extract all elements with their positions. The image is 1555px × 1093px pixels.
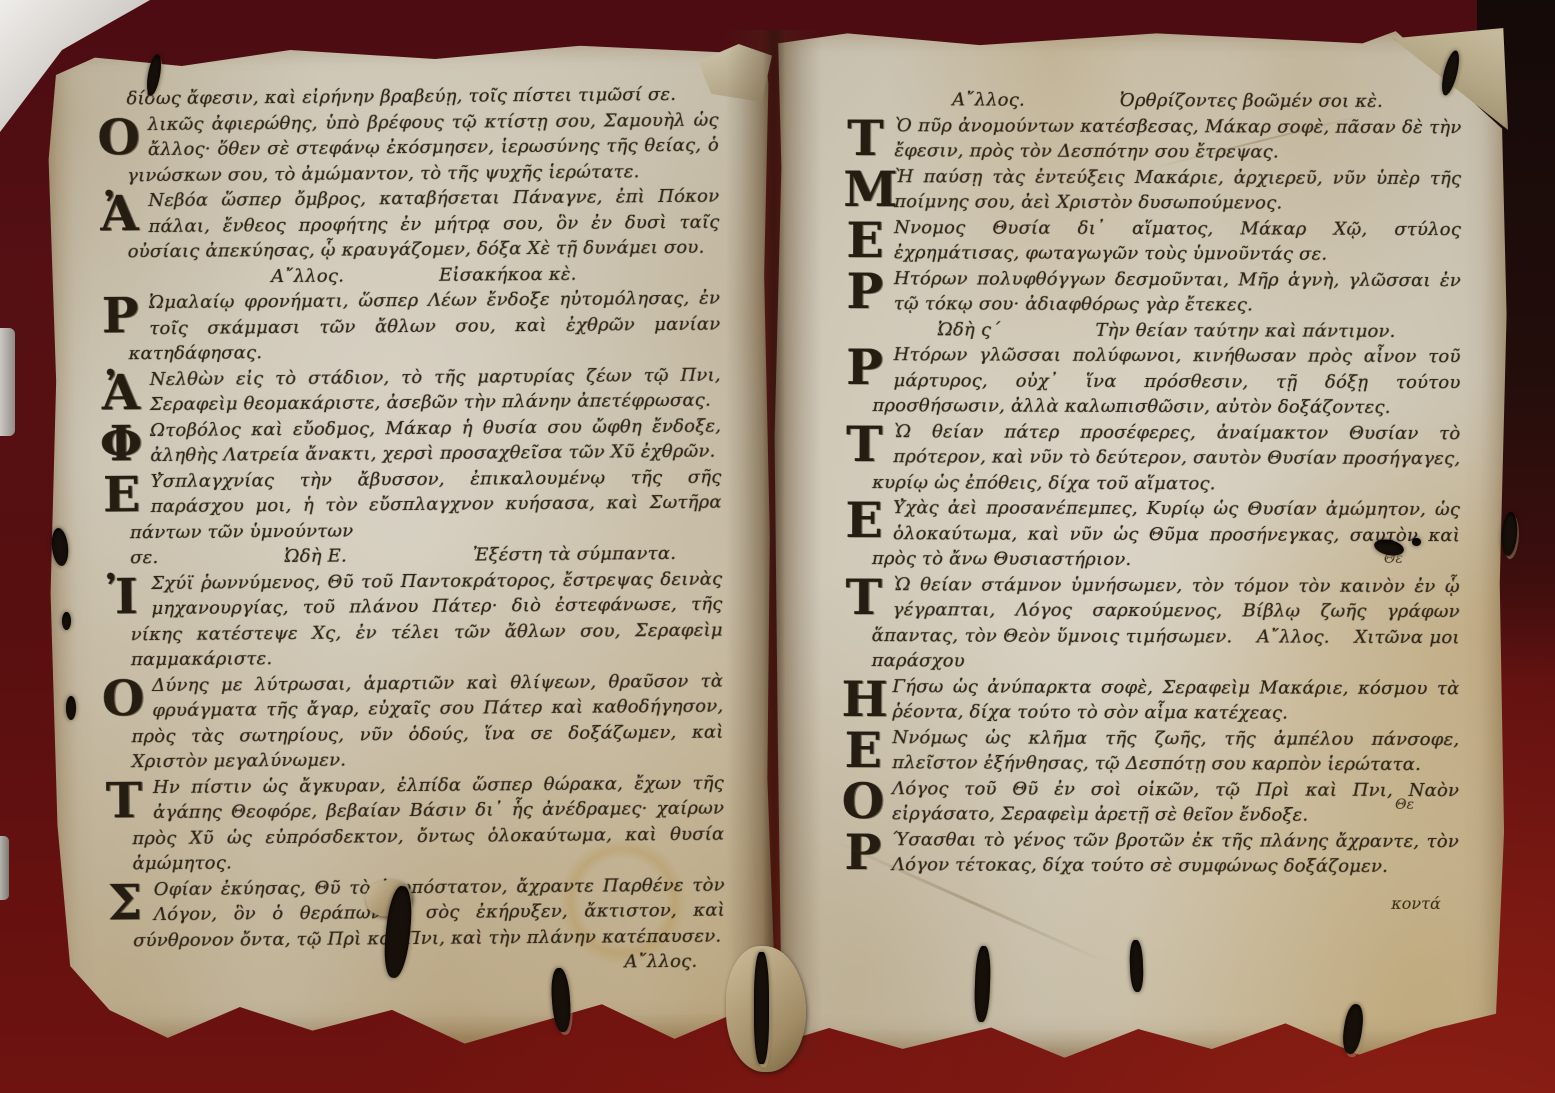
paragraph: ΦΩτοβόλος καὶ εὔοδμος, Μάκαρ ἡ θυσία σου… bbox=[129, 413, 721, 469]
paragraph: ΡΗτόρων πολυφθόγγων δεσμοῦνται, Μῆρ ἁγνὴ… bbox=[873, 266, 1461, 319]
paragraph: ἸΣχύϊ ῥωννύμενος, Θῦ τοῦ Παντοκράτορος, … bbox=[130, 566, 723, 673]
tear bbox=[754, 952, 769, 1064]
paragraph-text: Ννομος Θυσία δι᾽ αἵματος, Μάκαρ Χῷ, στύλ… bbox=[894, 217, 1461, 265]
drop-cap: Ο bbox=[97, 115, 141, 163]
paragraph: ἈΝελθὼν εἰς τὸ στάδιον, τὸ τῆς μαρτυρίας… bbox=[129, 362, 721, 418]
paragraph-text: Ην πίστιν ὡς ἄγκυραν, ἐλπίδα ὥσπερ θώρακ… bbox=[132, 772, 724, 874]
catchword: κοντά bbox=[1391, 894, 1441, 913]
heading-part: Ὠδὴ ς´ bbox=[938, 317, 1001, 343]
drop-cap: Σ bbox=[103, 880, 147, 928]
paragraph: ΡΗτόρων γλῶσσαι πολύφωνοι, κινήθωσαν πρὸ… bbox=[872, 342, 1460, 421]
drop-cap: Ε bbox=[842, 498, 886, 546]
right-page: 9 Α῎λλος.Ὀρθρίζοντες βοῶμέν σοι κὲ.ΤῸ πῦ… bbox=[770, 23, 1510, 1060]
heading-part: Τὴν θείαν ταύτην καὶ πάντιμον. bbox=[1095, 317, 1395, 344]
heading-part: Εἰσακήκοα κὲ. bbox=[439, 261, 577, 288]
drop-cap: Ρ bbox=[843, 345, 887, 393]
paragraph-text: Λόγος τοῦ Θῦ ἐν σοὶ οἰκῶν, τῷ Πρὶ καὶ Πν… bbox=[892, 778, 1459, 826]
paragraph: ΜῊ παύσῃ τὰς ἐντεύξεις Μακάριε, ἀρχιερεῦ… bbox=[873, 164, 1461, 217]
drop-cap: Τ bbox=[843, 115, 887, 163]
drop-cap: Ρ bbox=[843, 268, 887, 316]
heading-part: Ἐξέστη τὰ σύμπαντα. bbox=[473, 541, 676, 568]
paragraph: ΤῺ θείαν πάτερ προσέφερες, ἀναίμακτον Θυ… bbox=[872, 419, 1460, 498]
paragraph: ΡΎσασθαι τὸ γένος τῶν βροτῶν ἐκ τῆς πλάν… bbox=[871, 827, 1459, 880]
worm-hole bbox=[66, 696, 76, 720]
paragraph: ΕΥ̓χὰς ἀεὶ προσανέπεμπες, Κυρίῳ ὡς Θυσία… bbox=[872, 495, 1460, 574]
drop-cap: Ἰ bbox=[100, 574, 144, 622]
paragraph-text: Νελθὼν εἰς τὸ στάδιον, τὸ τῆς μαρτυρίας … bbox=[150, 364, 721, 415]
paragraph: ΕΝνομος Θυσία δι᾽ αἵματος, Μάκαρ Χῷ, στύ… bbox=[873, 215, 1461, 268]
paragraph-text: Ννόμως ὡς κλῆμα τῆς ζωῆς, τῆς ἀμπέλου πά… bbox=[892, 727, 1459, 775]
paragraph: ΕΝνόμως ὡς κλῆμα τῆς ζωῆς, τῆς ἀμπέλου π… bbox=[871, 725, 1459, 778]
drop-cap: Μ bbox=[843, 166, 887, 214]
paragraph-text: Ωτοβόλος καὶ εὔοδμος, Μάκαρ ἡ θυσία σου … bbox=[150, 415, 721, 466]
paragraph-text: Ύσασθαι τὸ γένος τῶν βροτῶν ἐκ τῆς πλάνη… bbox=[892, 829, 1459, 877]
drop-cap: Η bbox=[841, 676, 885, 724]
paragraph-text: Νεβόα ὥσπερ ὄμβρος, καταβήσεται Πάναγνε,… bbox=[128, 186, 720, 263]
drop-cap: Τ bbox=[842, 421, 886, 469]
paragraph: ΟΛόγος τοῦ Θῦ ἐν σοὶ οἰκῶν, τῷ Πρὶ καὶ Π… bbox=[871, 776, 1459, 829]
paragraph: ἈΝεβόα ὥσπερ ὄμβρος, καταβήσεται Πάναγνε… bbox=[127, 184, 720, 265]
left-page-text: δίδως ἄφεσιν, καὶ εἰρήνην βραβεύῃ, τοῖς … bbox=[126, 82, 725, 979]
paragraph-text: Σχύϊ ῥωννύμενος, Θῦ τοῦ Παντοκράτορος, ἔ… bbox=[131, 568, 723, 670]
paragraph: ΡὨμαλαίῳ φρονήματι, ὥσπερ Λέων ἔνδοξε ηὐ… bbox=[128, 286, 721, 367]
section-heading: Ὠδὴ ς´Τὴν θείαν ταύτην καὶ πάντιμον. bbox=[873, 317, 1461, 345]
paragraph-text: λικῶς ἀφιερώθης, ὑπὸ βρέφους τῷ κτίστῃ σ… bbox=[127, 109, 719, 186]
paragraph: ΣΟφίαν ἐκύησας, Θῦ τὸ ἐνυπόστατον, ἄχραν… bbox=[133, 872, 726, 953]
cloth-sliver bbox=[0, 328, 15, 436]
paragraph-text: Ητόρων γλῶσσαι πολύφωνοι, κινήθωσαν πρὸς… bbox=[872, 344, 1460, 418]
heading-part: Α῎λλος. bbox=[271, 263, 344, 289]
drop-cap: Ο bbox=[101, 676, 145, 724]
paragraph: ΕΥ̓σπλαγχνίας τὴν ἄβυσσον, ἐπικαλουμένῳ … bbox=[129, 464, 722, 545]
paragraph: ΟΔύνης με λύτρωσαι, ἁμαρτιῶν καὶ θλίψεων… bbox=[131, 668, 724, 775]
paragraph-text: Ητόρων πολυφθόγγων δεσμοῦνται, Μῆρ ἁγνὴ,… bbox=[894, 268, 1461, 316]
section-heading: σε.Ὠδὴ Ε.Ἐξέστη τὰ σύμπαντα. bbox=[130, 541, 722, 571]
drop-cap: Φ bbox=[99, 421, 143, 469]
paragraph: ΤῺ θείαν στάμνον ὑμνήσωμεν, τὸν τόμον τὸ… bbox=[872, 572, 1460, 676]
margin-mark: Θε bbox=[1395, 797, 1414, 813]
paragraph-text: Ὸ πῦρ ἀνομούντων κατέσβεσας, Μάκαρ σοφὲ,… bbox=[894, 115, 1461, 163]
paragraph-text: Υ̓σπλαγχνίας τὴν ἄβυσσον, ἐπικαλουμένῳ τ… bbox=[130, 466, 722, 543]
paragraph-text: Υ̓χὰς ἀεὶ προσανέπεμπες, Κυρίῳ ὡς Θυσίαν… bbox=[872, 497, 1460, 570]
paragraph-text: Ὼ θείαν στάμνον ὑμνήσωμεν, τὸν τόμον τὸν… bbox=[872, 574, 1460, 672]
paragraph: ΤῸ πῦρ ἀνομούντων κατέσβεσας, Μάκαρ σοφὲ… bbox=[873, 113, 1461, 166]
worm-hole bbox=[62, 612, 71, 630]
text-line: δίδως ἄφεσιν, καὶ εἰρήνην βραβεύῃ, τοῖς … bbox=[126, 82, 718, 112]
drop-cap: Τ bbox=[102, 778, 146, 826]
drop-cap: Τ bbox=[842, 574, 886, 622]
drop-cap: Ρ bbox=[98, 293, 142, 341]
paragraph-text: Ὠμαλαίῳ φρονήματι, ὥσπερ Λέων ἔνδοξε ηὐτ… bbox=[128, 288, 720, 365]
paragraph-text: Δύνης με λύτρωσαι, ἁμαρτιῶν καὶ θλίψεων,… bbox=[131, 670, 723, 772]
drop-cap: Ρ bbox=[841, 829, 885, 877]
paragraph: ΗΓήσω ὡς ἀνύπαρκτα σοφὲ, Σεραφεὶμ Μακάρι… bbox=[871, 674, 1459, 727]
paragraph-text: Ὴ παύσῃ τὰς ἐντεύξεις Μακάριε, ἀρχιερεῦ,… bbox=[894, 166, 1461, 214]
heading-part: Α῎λλος. bbox=[952, 87, 1025, 113]
heading-part: σε. bbox=[130, 545, 158, 571]
paragraph-text: Ὼ θείαν πάτερ προσέφερες, ἀναίμακτον Θυσ… bbox=[872, 421, 1460, 494]
section-heading: Α῎λλος.Ὀρθρίζοντες βοῶμέν σοι κὲ. bbox=[873, 87, 1461, 115]
paragraph-text: Γήσω ὡς ἀνύπαρκτα σοφὲ, Σεραφεὶμ Μακάριε… bbox=[892, 676, 1459, 724]
drop-cap: Ο bbox=[841, 778, 885, 826]
book-photo: δίδως ἄφεσιν, καὶ εἰρήνην βραβεύῃ, τοῖς … bbox=[0, 0, 1555, 1093]
drop-cap: Ε bbox=[843, 217, 887, 265]
drop-cap: Ε bbox=[841, 727, 885, 775]
paragraph: Ολικῶς ἀφιερώθης, ὑπὸ βρέφους τῷ κτίστῃ … bbox=[127, 107, 720, 188]
catch-label: Α῎λλος. bbox=[133, 949, 725, 979]
drop-cap: Ἀ bbox=[97, 191, 141, 239]
paragraph-text: Οφίαν ἐκύησας, Θῦ τὸ ἐνυπόστατον, ἄχραντ… bbox=[133, 874, 725, 951]
cloth-sliver bbox=[0, 836, 9, 900]
drop-cap: Ε bbox=[99, 472, 143, 520]
heading-part: Ὠδὴ Ε. bbox=[284, 543, 347, 569]
heading-part: Ὀρθρίζοντες βοῶμέν σοι κὲ. bbox=[1120, 88, 1383, 114]
drop-cap: Ἀ bbox=[99, 370, 143, 418]
right-page-text: Α῎λλος.Ὀρθρίζοντες βοῶμέν σοι κὲ.ΤῸ πῦρ … bbox=[871, 87, 1462, 880]
worm-hole bbox=[1412, 538, 1421, 546]
paragraph: ΤΗν πίστιν ὡς ἄγκυραν, ἐλπίδα ὥσπερ θώρα… bbox=[132, 770, 725, 877]
